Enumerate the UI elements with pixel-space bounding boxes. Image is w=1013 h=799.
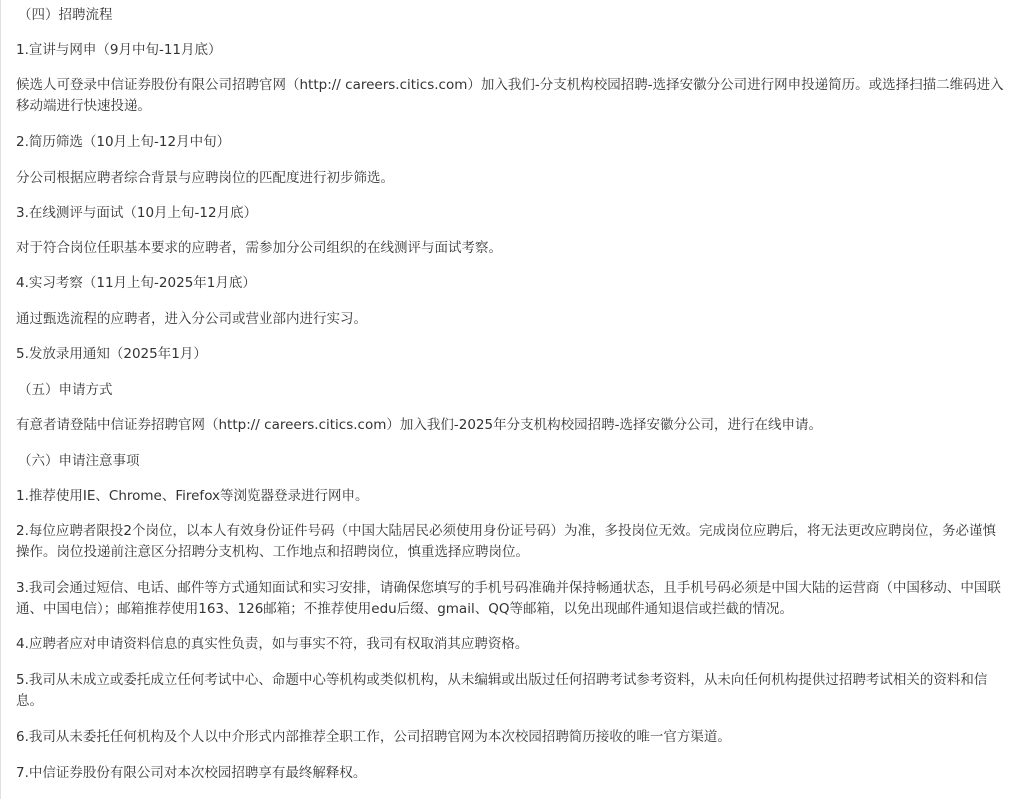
- step-4-title: 4.实习考察（11月上旬-2025年1月底）: [16, 273, 1006, 294]
- note-3: 3.我司会通过短信、电话、邮件等方式通知面试和实习安排，请确保您填写的手机号码准…: [16, 578, 1006, 620]
- step-4-desc: 通过甄选流程的应聘者，进入分公司或营业部内进行实习。: [16, 309, 1006, 330]
- note-7: 7.中信证券股份有限公司对本次校园招聘享有最终解释权。: [16, 763, 1006, 784]
- section-heading-notes: （六）申请注意事项: [18, 451, 1008, 472]
- section-heading-apply: （五）申请方式: [18, 380, 1008, 401]
- note-2: 2.每位应聘者限投2个岗位，以本人有效身份证件号码（中国大陆居民必须使用身份证号…: [16, 521, 1006, 563]
- step-2-desc: 分公司根据应聘者综合背景与应聘岗位的匹配度进行初步筛选。: [16, 168, 1006, 189]
- section-heading-process: （四）招聘流程: [18, 5, 1008, 26]
- note-4: 4.应聘者应对申请资料信息的真实性负责，如与事实不符，我司有权取消其应聘资格。: [16, 634, 1006, 655]
- note-6: 6.我司从未委托任何机构及个人以中介形式内部推荐全职工作，公司招聘官网为本次校园…: [16, 727, 1006, 748]
- step-1-desc: 候选人可登录中信证券股份有限公司招聘官网（http:// careers.cit…: [16, 75, 1006, 117]
- step-5-title: 5.发放录用通知（2025年1月）: [16, 344, 1006, 365]
- left-border: [0, 0, 1, 799]
- step-3-title: 3.在线测评与面试（10月上旬-12月底）: [16, 203, 1006, 224]
- step-2-title: 2.简历筛选（10月上旬-12月中旬）: [16, 132, 1006, 153]
- note-5: 5.我司从未成立或委托成立任何考试中心、命题中心等机构或类似机构，从未编辑或出版…: [16, 670, 1006, 712]
- step-3-desc: 对于符合岗位任职基本要求的应聘者，需参加分公司组织的在线测评与面试考察。: [16, 238, 1006, 259]
- apply-desc: 有意者请登陆中信证券招聘官网（http:// careers.citics.co…: [16, 415, 1006, 436]
- step-1-title: 1.宣讲与网申（9月中旬-11月底）: [16, 40, 1006, 61]
- note-1: 1.推荐使用IE、Chrome、Firefox等浏览器登录进行网申。: [16, 486, 1006, 507]
